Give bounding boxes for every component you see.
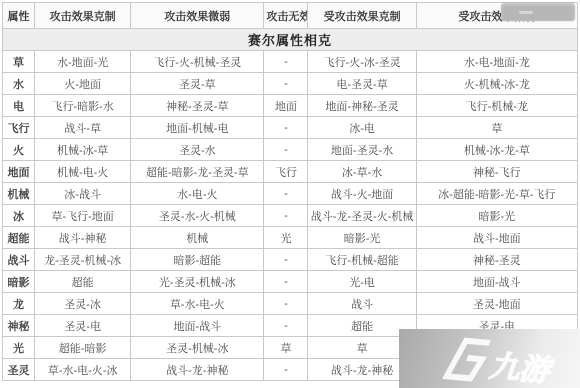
value-cell: 飞行-机械-龙 [416,95,577,117]
value-cell: 水-地面-光 [35,51,131,73]
column-header: 攻击效果克制 [35,3,131,29]
jiuyou-logo-icon: 九游 [399,329,580,388]
value-cell: - [264,293,308,315]
value-cell: - [264,139,308,161]
value-cell: - [264,359,308,381]
value-cell: 冰-超能-暗影-光-草-飞行 [416,183,577,205]
value-cell: 暗影-超能 [131,249,264,271]
value-cell: 光 [264,227,308,249]
value-cell: 圣灵-地面 [416,293,577,315]
type-cell: 龙 [3,293,35,315]
column-header: 属性 [3,3,35,29]
value-cell: 草-水-电-火 [131,293,264,315]
value-cell: - [264,271,308,293]
value-cell: 飞行-暗影-水 [35,95,131,117]
type-cell: 草 [3,51,35,73]
value-cell: - [264,51,308,73]
type-cell: 飞行 [3,117,35,139]
table-row: 机械冰-战斗水-电-火-战斗-火-地面冰-超能-暗影-光-草-飞行 [3,183,578,205]
type-cell: 圣灵 [3,359,35,381]
value-cell: 地面-机械-电 [131,117,264,139]
value-cell: 战斗 [308,293,416,315]
value-cell: - [264,249,308,271]
table-row: 水火-地面圣灵-草-电-圣灵-草火-机械-冰-龙 [3,73,578,95]
value-cell: 龙-圣灵-机械-冰 [35,249,131,271]
type-effectiveness-table: 赛尔属性相克 属性攻击效果克制攻击效果微弱攻击无效受攻击效果克制受攻击效果微弱 … [2,2,578,381]
value-cell: 战斗-草 [35,117,131,139]
value-cell: 神秘-飞行 [416,161,577,183]
value-cell: 神秘-圣灵-草 [131,95,264,117]
value-cell: 地面-战斗 [131,315,264,337]
type-cell: 地面 [3,161,35,183]
value-cell: 战斗-火-地面 [308,183,416,205]
table-row: 火机械-冰-草圣灵-水-地面-圣灵-水机械-冰-龙-草 [3,139,578,161]
type-cell: 战斗 [3,249,35,271]
value-cell: - [264,315,308,337]
value-cell: 草 [416,117,577,139]
value-cell: 超能-暗影 [35,337,131,359]
value-cell: 圣灵-水-火-机械 [131,205,264,227]
value-cell: 水-电-火 [131,183,264,205]
value-cell: 火-机械-冰-龙 [416,73,577,95]
table-row: 冰草-飞行-地面圣灵-水-火-机械-战斗-龙-圣灵-火-机械暗影-光 [3,205,578,227]
value-cell: 火-地面 [35,73,131,95]
value-cell: 机械-电-火 [35,161,131,183]
value-cell: 暗影-光 [308,227,416,249]
value-cell: 飞行 [264,161,308,183]
type-cell: 机械 [3,183,35,205]
value-cell: 超能-暗影-龙-圣灵-草 [131,161,264,183]
value-cell: 草-飞行-地面 [35,205,131,227]
table-row: 龙圣灵-冰草-水-电-火-战斗圣灵-地面 [3,293,578,315]
value-cell: 冰-电 [308,117,416,139]
value-cell: 圣灵-冰 [35,293,131,315]
value-cell: 机械-冰-龙-草 [416,139,577,161]
value-cell: 冰-战斗 [35,183,131,205]
value-cell: 飞行-机械-超能 [308,249,416,271]
value-cell: 草 [264,337,308,359]
value-cell: - [264,73,308,95]
value-cell: 光-电 [308,271,416,293]
table-row: 暗影超能光-圣灵-机械-冰-光-电地面-战斗 [3,271,578,293]
value-cell: 超能 [35,271,131,293]
value-cell: - [264,183,308,205]
type-cell: 超能 [3,227,35,249]
value-cell: 圣灵-机械-冰 [131,337,264,359]
type-cell: 火 [3,139,35,161]
value-cell: 暗影-光 [416,205,577,227]
value-cell: 草-水-电-火-冰 [35,359,131,381]
type-chart: 赛尔属性相克 属性攻击效果克制攻击效果微弱攻击无效受攻击效果克制受攻击效果微弱 … [2,2,578,381]
value-cell: 地面-神秘-圣灵 [308,95,416,117]
value-cell: 圣灵-草 [131,73,264,95]
table-row: 草水-地面-光飞行-火-机械-圣灵-飞行-火-冰-圣灵水-电-地面-龙 [3,51,578,73]
value-cell: 地面 [264,95,308,117]
type-cell: 暗影 [3,271,35,293]
value-cell: 电-圣灵-草 [308,73,416,95]
value-cell: 战斗-龙-神秘 [131,359,264,381]
value-cell: - [264,205,308,227]
value-cell: 神秘-圣灵 [416,249,577,271]
value-cell: - [264,117,308,139]
value-cell: 圣灵-电 [35,315,131,337]
column-header: 受攻击效果克制 [308,3,416,29]
type-cell: 水 [3,73,35,95]
value-cell: 冰-草-水 [308,161,416,183]
value-cell: 战斗-地面 [416,227,577,249]
page-title: 赛尔属性相克 [3,29,578,51]
table-row: 战斗龙-圣灵-机械-冰暗影-超能-飞行-机械-超能神秘-圣灵 [3,249,578,271]
value-cell: 飞行-火-冰-圣灵 [308,51,416,73]
blur-glint [519,11,533,14]
watermark-text: 九游 [486,350,558,388]
type-cell: 神秘 [3,315,35,337]
value-cell: 战斗-龙-圣灵-火-机械 [308,205,416,227]
value-cell: 战斗-神秘 [35,227,131,249]
value-cell: 光-圣灵-机械-冰 [131,271,264,293]
value-cell: 机械 [131,227,264,249]
table-row: 飞行战斗-草地面-机械-电-冰-电草 [3,117,578,139]
blurred-overlay-button[interactable] [501,3,575,21]
type-cell: 冰 [3,205,35,227]
value-cell: 飞行-火-机械-圣灵 [131,51,264,73]
column-header: 攻击无效 [264,3,308,29]
header-row: 属性攻击效果克制攻击效果微弱攻击无效受攻击效果克制受攻击效果微弱 [3,3,578,29]
jiuyou-watermark: 九游 [399,329,580,388]
title-row: 赛尔属性相克 [3,29,578,51]
value-cell: 机械-冰-草 [35,139,131,161]
table-row: 地面机械-电-火超能-暗影-龙-圣灵-草飞行冰-草-水神秘-飞行 [3,161,578,183]
value-cell: 地面-圣灵-水 [308,139,416,161]
value-cell: 地面-战斗 [416,271,577,293]
type-cell: 电 [3,95,35,117]
type-cell: 光 [3,337,35,359]
table-row: 电飞行-暗影-水神秘-圣灵-草地面地面-神秘-圣灵飞行-机械-龙 [3,95,578,117]
value-cell: 水-电-地面-龙 [416,51,577,73]
table-row: 超能战斗-神秘机械光暗影-光战斗-地面 [3,227,578,249]
value-cell: 圣灵-水 [131,139,264,161]
column-header: 攻击效果微弱 [131,3,264,29]
